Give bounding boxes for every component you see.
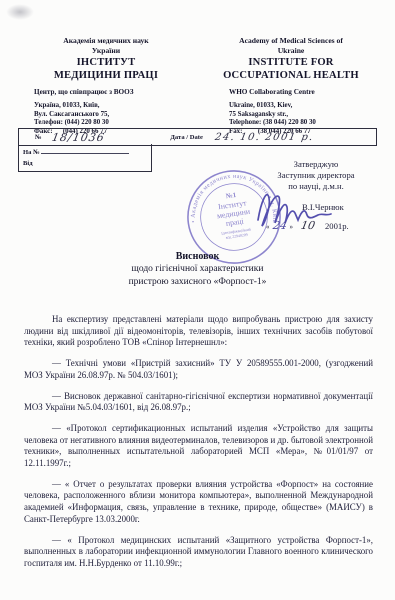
document-title: Висновок щодо гігієнічної характеристики… bbox=[0, 250, 395, 289]
stamp-line-3: праці bbox=[225, 216, 245, 228]
scan-smudge bbox=[6, 4, 34, 20]
quote-open: « bbox=[266, 223, 270, 231]
org-name-en: Academy of Medical Sciences of bbox=[203, 36, 379, 46]
institute-name-uk: ІНСТИТУТ bbox=[20, 56, 192, 69]
org-name-uk-2: України bbox=[20, 46, 192, 56]
address-uk-line: Вул. Саксаганського 75, bbox=[34, 111, 192, 120]
body-intro-paragraph: На експертизу представлені матеріали щод… bbox=[24, 314, 373, 349]
address-en-line: Telephone: (38 044) 220 80 30 bbox=[229, 119, 379, 128]
approval-date-line: «24»102001р. bbox=[266, 219, 349, 232]
who-centre-en: WHO Collaborating Centre bbox=[203, 88, 379, 97]
approval-month: 10 bbox=[300, 219, 316, 232]
letterhead-english: Academy of Medical Sciences of Ukraine I… bbox=[203, 36, 379, 137]
incoming-no-label: На № bbox=[23, 149, 40, 156]
letterhead-ukrainian: Академія медичних наук України ІНСТИТУТ … bbox=[20, 36, 192, 137]
body-list-item: — Технічні умови «Пристрій захисний» ТУ … bbox=[24, 358, 373, 381]
org-name-en-2: Ukraine bbox=[203, 46, 379, 56]
document-body: На експертизу представлені матеріали щод… bbox=[24, 314, 373, 579]
date-label: Дата / Date bbox=[170, 134, 203, 141]
address-uk-line: Телефон: (044) 220 80 30 bbox=[34, 119, 192, 128]
incoming-from-label: Від bbox=[23, 158, 151, 169]
institute-name-en-2: OCCUPATIONAL HEALTH bbox=[203, 69, 379, 82]
scanned-document-page: Академія медичних наук України ІНСТИТУТ … bbox=[0, 0, 395, 600]
who-centre-uk: Центр, що співпрацює з ВООЗ bbox=[20, 88, 192, 97]
approver-name: В.І.Чернюк bbox=[302, 202, 344, 212]
body-list-item: — « Протокол медицинских испытаний «Защи… bbox=[24, 535, 373, 570]
quote-close: » bbox=[290, 223, 294, 231]
title-line-2: щодо гігієнічної характеристики bbox=[0, 263, 395, 276]
date-value: 24. 10. 2001 р. bbox=[214, 132, 315, 143]
address-en-line: 75 Saksagansky str., bbox=[229, 111, 379, 120]
approval-line-2: Заступник директора bbox=[248, 170, 384, 181]
body-list-item: — «Протокол сертификационных испытаний и… bbox=[24, 423, 373, 470]
address-en-line: Ukraine, 01033, Kiev, bbox=[229, 102, 379, 111]
title-line-3: пристрою захисного «Форпост-1» bbox=[0, 276, 395, 289]
title-line-1: Висновок bbox=[0, 250, 395, 263]
body-list-item: — Висновок державної санітарно-гігієнічн… bbox=[24, 391, 373, 414]
ref-number-value: 18/1036 bbox=[50, 131, 105, 144]
address-uk-line: Україна, 01033, Київ, bbox=[34, 102, 192, 111]
body-list-item: — « Отчет о результатах проверки влияния… bbox=[24, 479, 373, 526]
org-name-uk: Академія медичних наук bbox=[20, 36, 192, 46]
approval-day: 24 bbox=[271, 219, 287, 232]
institute-name-en: INSTITUTE FOR bbox=[203, 56, 379, 69]
ref-number-label: № bbox=[35, 134, 42, 141]
incoming-no-rule bbox=[41, 147, 129, 154]
institute-name-uk-2: МЕДИЦИНИ ПРАЦІ bbox=[20, 69, 192, 82]
approval-year: 2001р. bbox=[325, 221, 349, 231]
incoming-ref-box: На № Від bbox=[18, 144, 152, 172]
approval-line-1: Затверджую bbox=[248, 159, 384, 170]
